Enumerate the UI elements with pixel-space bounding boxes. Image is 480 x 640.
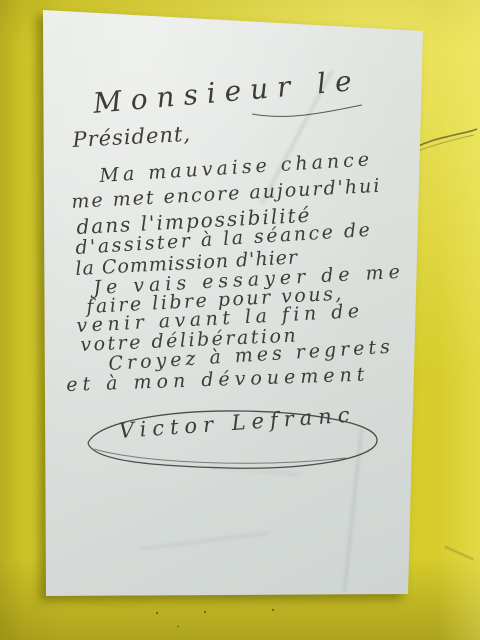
paper-crease: [140, 532, 269, 550]
photo-scene: Monsieur le Président, Ma mauvaise chanc…: [0, 0, 480, 640]
paper-wrapper: Monsieur le Président, Ma mauvaise chanc…: [0, 0, 480, 640]
pen-flourish: [252, 100, 364, 124]
salutation-line-2: Président,: [72, 124, 192, 151]
letter-paper: Monsieur le Président, Ma mauvaise chanc…: [0, 0, 480, 640]
signature-block: Victor Lefranc: [80, 405, 388, 475]
